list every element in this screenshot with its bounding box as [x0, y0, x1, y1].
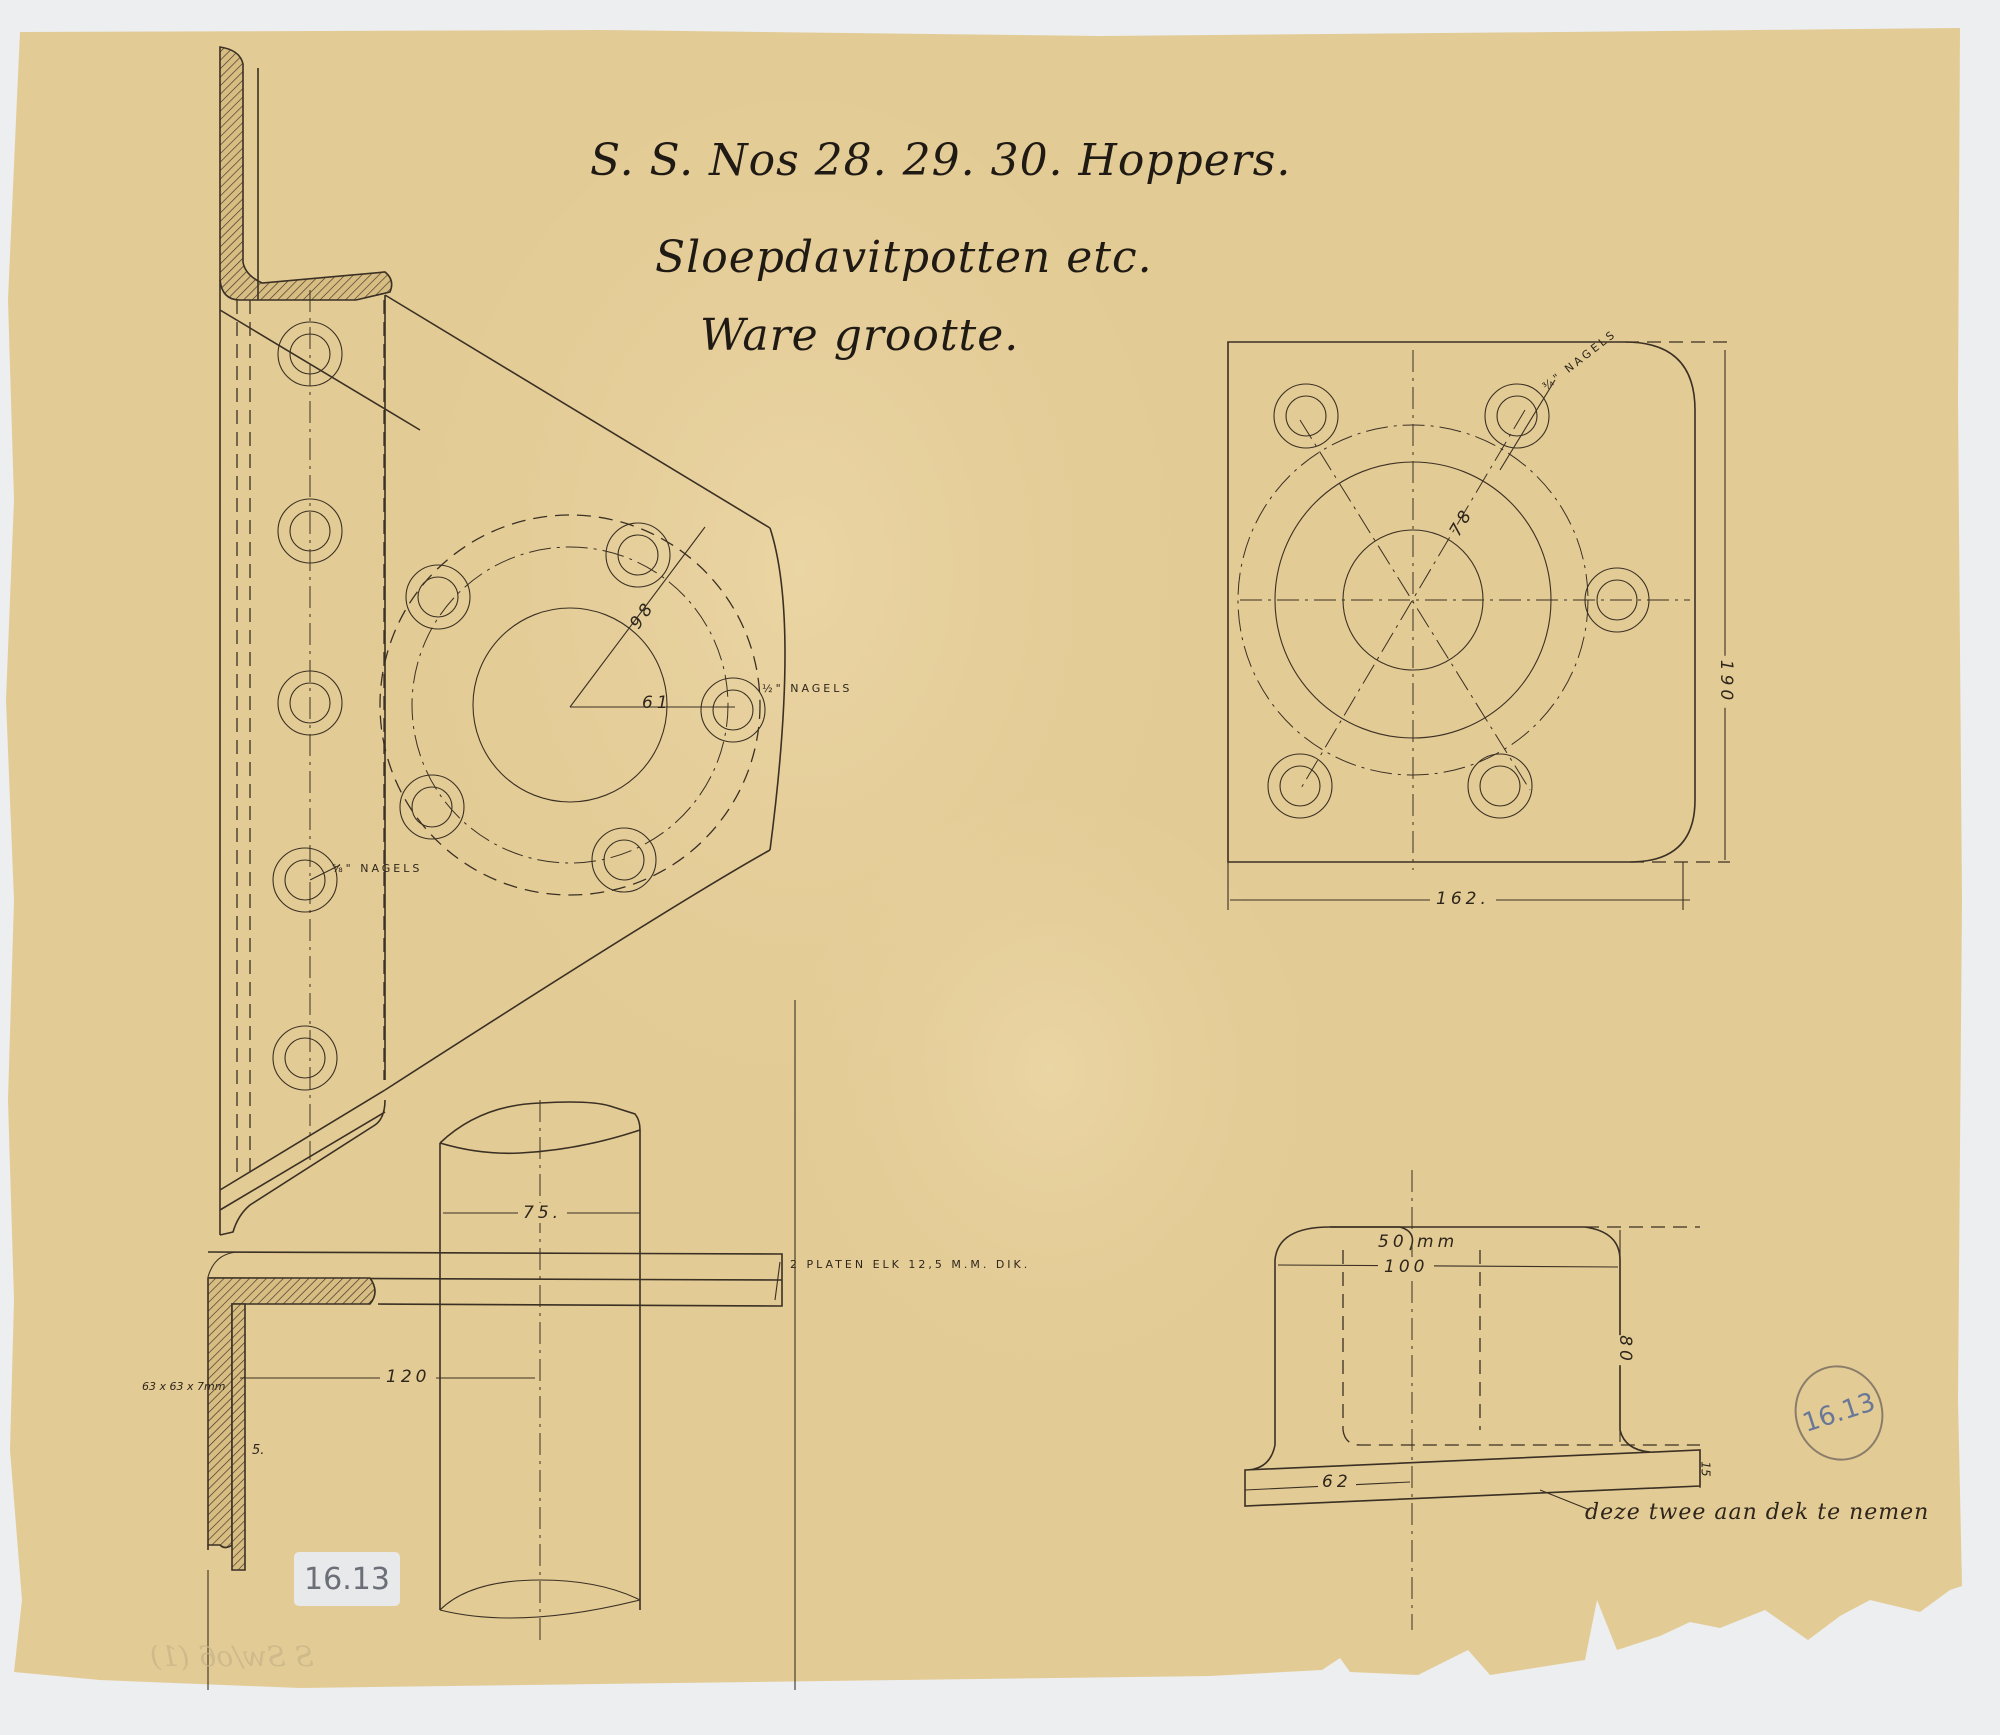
archive-sticker: 16.13 — [294, 1552, 400, 1606]
side-bolts-label: ⅝" NAGELS — [332, 862, 422, 875]
title-line-3: Ware grootte. — [700, 310, 1019, 361]
thickness-label: 5. — [252, 1443, 264, 1458]
socket-height-label: 80 — [1615, 1335, 1635, 1365]
angle-profile-label: 63 x 63 x 7mm — [142, 1380, 225, 1393]
offset-dimension-label: 120 — [380, 1367, 436, 1387]
outer-diameter-label: 100 — [1378, 1257, 1434, 1277]
faded-reversed-text: S Sw/o6 (1) — [150, 1640, 314, 1673]
socket-note: deze twee aan dek te nemen — [1585, 1500, 1929, 1525]
plates-thickness-label: 2 PLATEN ELK 12,5 M.M. DIK. — [790, 1258, 1030, 1271]
pin-diameter-label: 75. — [518, 1203, 567, 1223]
inner-radius-dimension-label: 61 — [642, 693, 672, 713]
flange-width-label: 62 — [1318, 1472, 1356, 1492]
flange-bolts-label: ½" NAGELS — [762, 682, 852, 695]
plate-height-label: 190 — [1716, 656, 1736, 708]
plate-width-label: 162. — [1430, 889, 1496, 909]
title-line-2: Sloepdavitpotten etc. — [655, 232, 1153, 283]
flange-thickness-label: 15 — [1699, 1461, 1713, 1476]
bore-diameter-label: 50 mm — [1378, 1232, 1458, 1252]
title-line-1: S. S. Nos 28. 29. 30. Hoppers. — [590, 135, 1291, 186]
